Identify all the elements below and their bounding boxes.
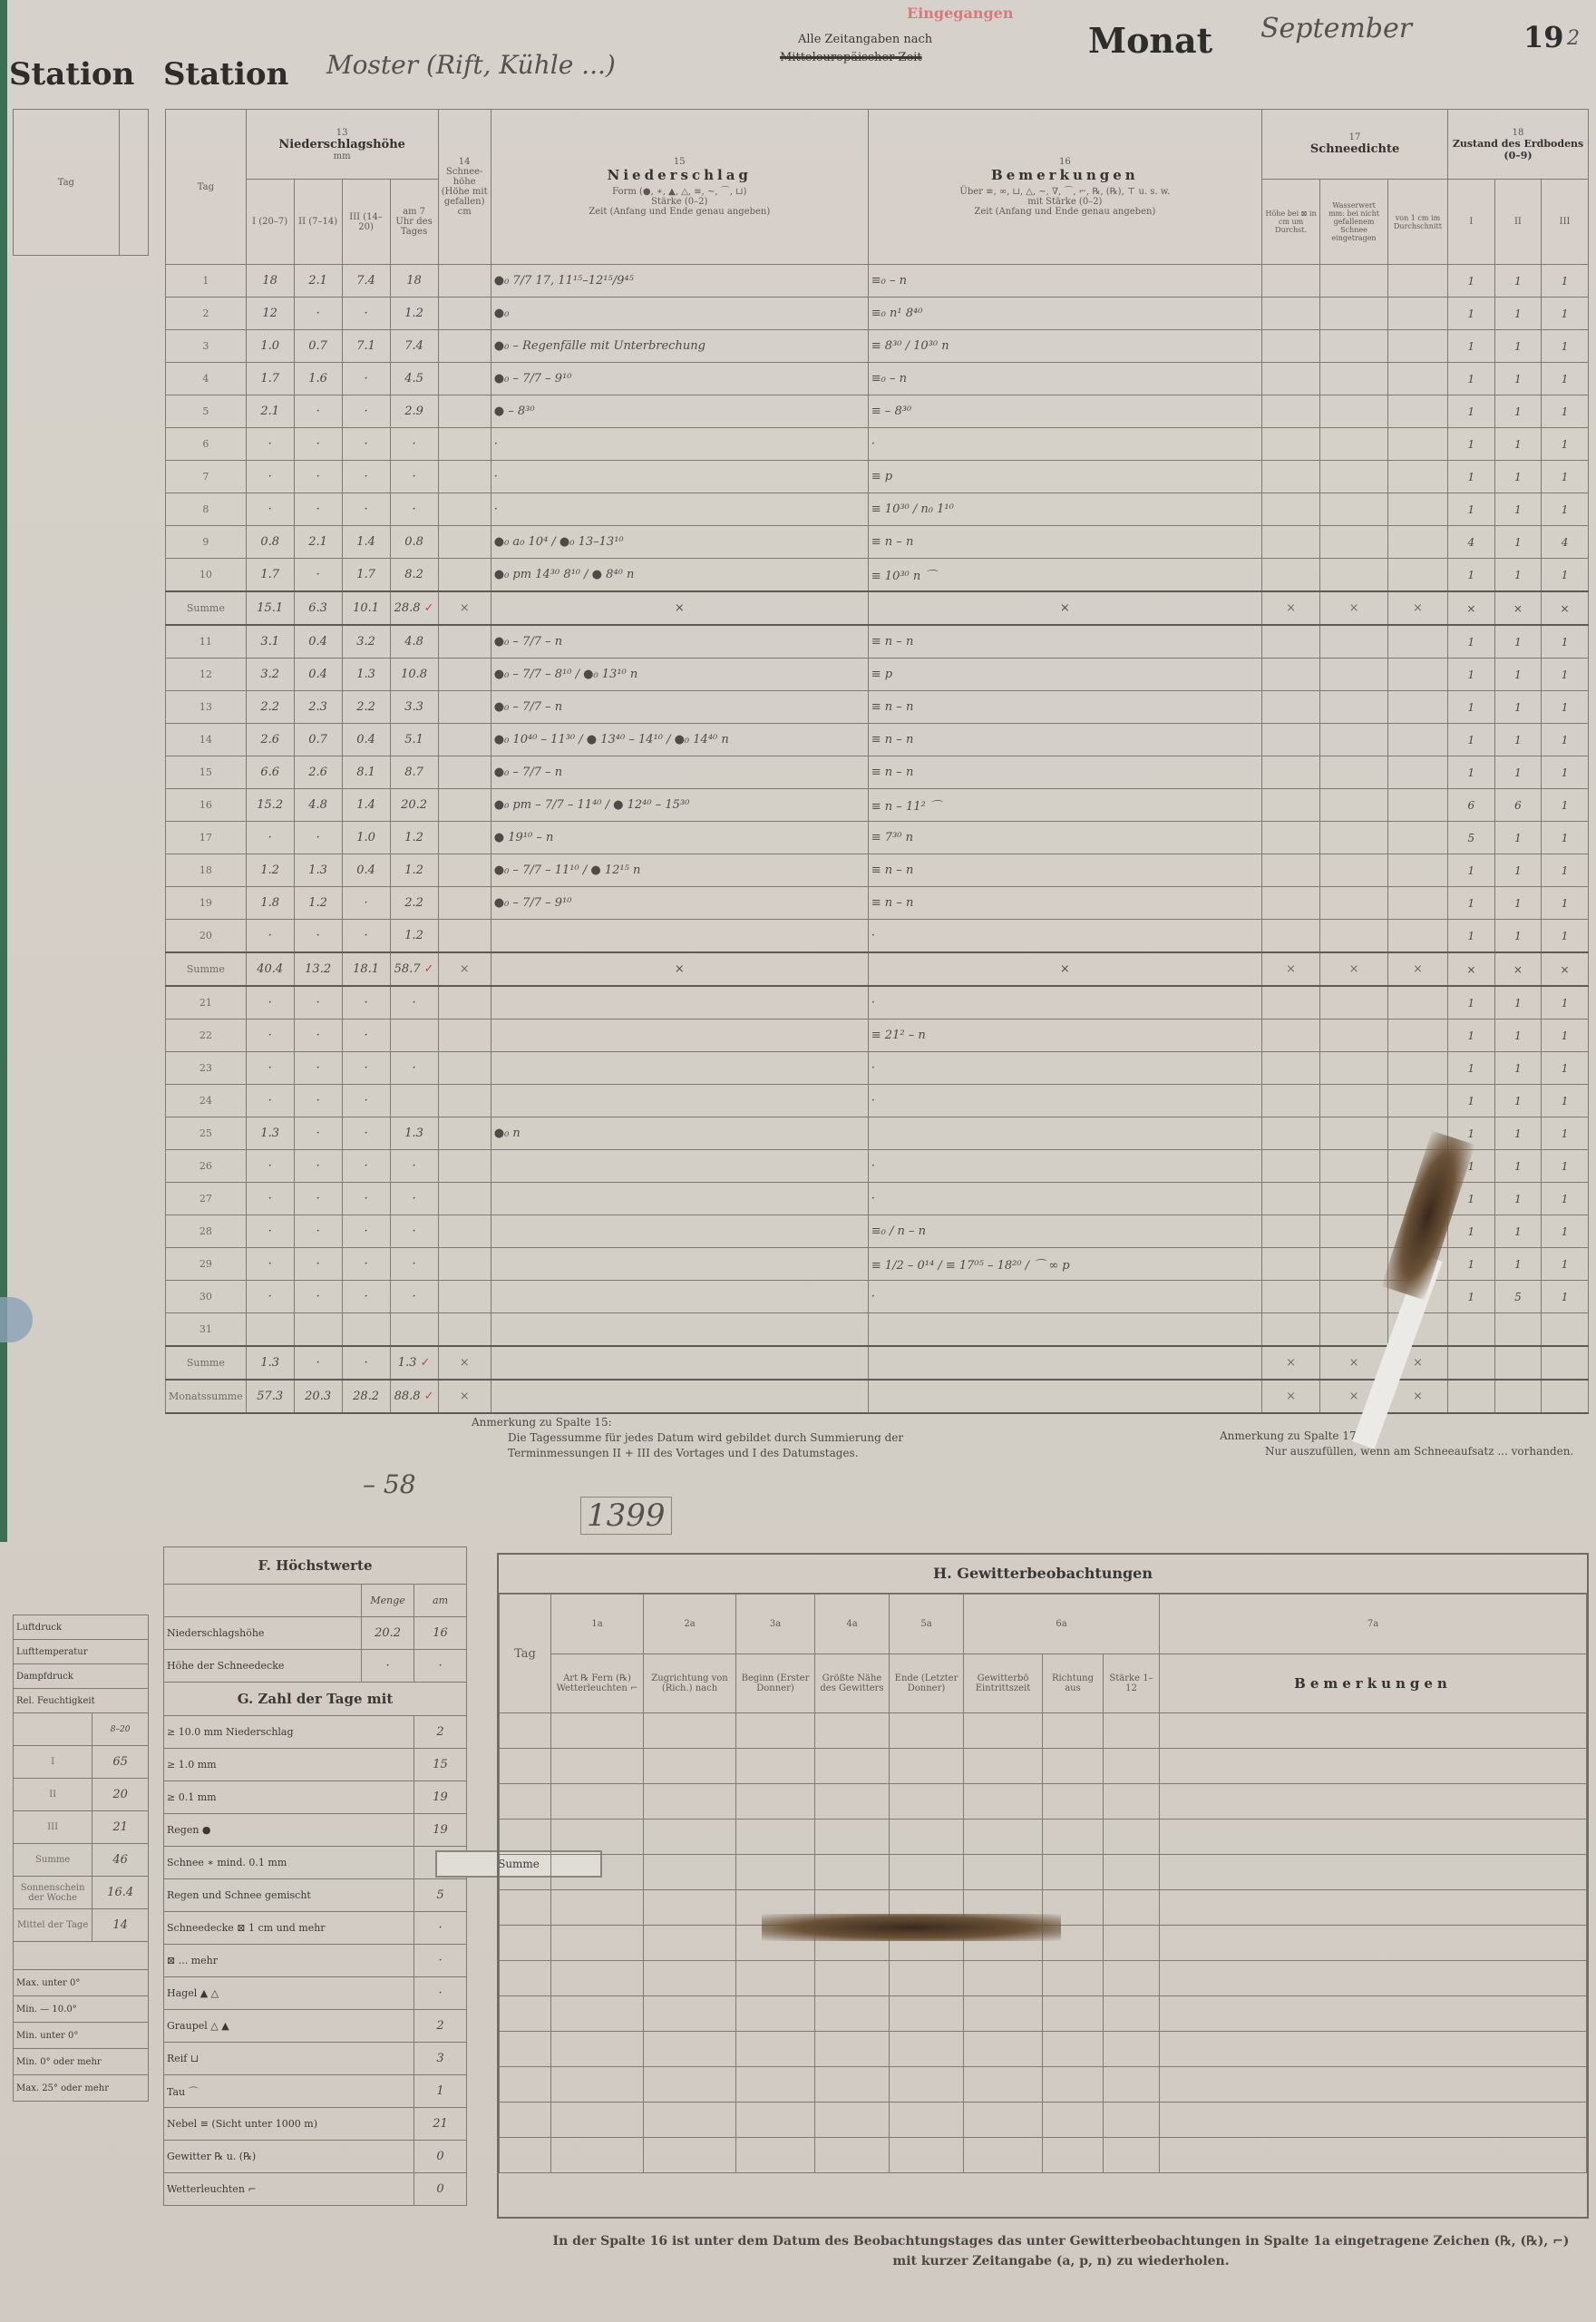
mini-row: I65 — [14, 1746, 149, 1779]
thunderstorm-cell — [500, 1961, 551, 1996]
snow-density-cell — [1320, 625, 1388, 659]
note17-text: Nur auszufüllen, wenn am Schneeaufsatz .… — [1220, 1444, 1591, 1459]
precip-amount-4: 1.2 — [390, 920, 438, 953]
ground-state-cell: 1 — [1494, 1183, 1542, 1215]
gw-col-4a: 4a — [815, 1595, 890, 1654]
thunderstorm-title: H. Gewitterbeobachtungen — [499, 1555, 1587, 1594]
snow-density-cell: × — [1387, 591, 1447, 625]
thunderstorm-cell — [736, 1749, 815, 1784]
snow-density-cell — [1320, 526, 1388, 559]
col13-sub-3: III (14–20) — [342, 180, 390, 265]
table-row: 1182.17.418●₀ 7/7 17, 11¹⁵–12¹⁵/9⁴⁵≡₀ – … — [166, 265, 1589, 298]
maxima-value: · — [362, 1650, 414, 1683]
thunderstorm-cell — [964, 2138, 1043, 2173]
snow-height-cell — [438, 265, 491, 298]
ground-state-cell: 1 — [1542, 1215, 1589, 1248]
thunderstorm-cell — [644, 1820, 736, 1855]
remarks-cell: ≡ p — [868, 461, 1261, 493]
ground-state-cell — [1542, 1380, 1589, 1413]
precip-amount-3: 8.1 — [342, 756, 390, 789]
precip-amount-1: 2.2 — [246, 691, 294, 724]
mini-row-value: 14 — [92, 1909, 149, 1942]
snow-density-cell — [1261, 1052, 1319, 1085]
snow-density-cell — [1261, 887, 1319, 920]
day-count-label: Schnee ∗ mind. 0.1 mm — [164, 1847, 414, 1879]
day-count-value: 5 — [414, 1879, 467, 1912]
remarks-cell: · — [868, 1150, 1261, 1183]
day-count-label: Wetterleuchten ⌐ — [164, 2173, 414, 2206]
note-column-15: Anmerkung zu Spalte 15: Die Tagessumme f… — [472, 1415, 907, 1461]
col17-title: Schneedichte — [1265, 142, 1445, 156]
mini-row-label: I — [14, 1746, 92, 1779]
mini-row-label: Sonnenschein der Woche — [14, 1877, 92, 1909]
day-count-value: · — [414, 1945, 467, 1977]
thunderstorm-cell — [964, 2032, 1043, 2067]
station-label: Station — [163, 56, 288, 93]
thunderstorm-cell — [890, 1749, 964, 1784]
struck-timezone: Mitteleuropäischer Zeit — [780, 51, 922, 64]
col13-sub-4: am 7 Uhr des Tages — [390, 180, 438, 265]
ground-state-cell: 1 — [1542, 1117, 1589, 1150]
snow-density-cell — [1261, 986, 1319, 1020]
snow-height-cell: × — [438, 591, 491, 625]
ground-state-cell: 1 — [1542, 822, 1589, 854]
precip-amount-4: · — [390, 428, 438, 461]
snow-density-cell — [1320, 1117, 1388, 1150]
precip-amount-3: 1.3 — [342, 659, 390, 691]
precip-amount-3: · — [342, 428, 390, 461]
mini-row-label: Summe — [14, 1844, 92, 1877]
maxima-label: Höhe der Schneedecke — [164, 1650, 362, 1683]
precip-amount-4: 2.2 — [390, 887, 438, 920]
thunderstorm-cell — [1160, 1820, 1587, 1855]
snow-density-cell — [1261, 265, 1319, 298]
am-col-label: am — [414, 1585, 467, 1617]
snow-density-cell — [1261, 789, 1319, 822]
remarks-cell: · — [868, 986, 1261, 1020]
precip-amount-1: 18 — [246, 265, 294, 298]
precip-amount-2: · — [294, 493, 342, 526]
precip-form-cell — [491, 1281, 868, 1313]
thunderstorm-cell — [815, 1784, 890, 1820]
thunderstorm-row — [500, 1784, 1587, 1820]
snow-density-cell — [1387, 756, 1447, 789]
left-strip-row: Lufttemperatur — [14, 1640, 149, 1664]
snow-height-cell — [438, 724, 491, 756]
precip-amount-3: · — [342, 1281, 390, 1313]
gw-col-3a: 3a — [736, 1595, 815, 1654]
precip-form-cell: × — [491, 591, 868, 625]
col15-line3: Zeit (Anfang und Ende genau angeben) — [494, 207, 865, 217]
thunderstorm-cell — [551, 1926, 644, 1961]
snow-density-cell — [1261, 1150, 1319, 1183]
precip-amount-1: 6.6 — [246, 756, 294, 789]
snow-density-cell — [1320, 1215, 1388, 1248]
thunderstorm-cell — [815, 1820, 890, 1855]
thunderstorm-cell — [1104, 1749, 1160, 1784]
ground-state-cell: 1 — [1448, 756, 1495, 789]
year-prefix: 19 — [1523, 20, 1564, 54]
footer-note: In der Spalte 16 ist unter dem Datum des… — [544, 2231, 1578, 2271]
thunderstorm-cell — [1160, 1961, 1587, 1996]
ground-state-cell: 1 — [1542, 428, 1589, 461]
precip-amount-3: 10.1 — [342, 591, 390, 625]
snow-density-cell — [1320, 1020, 1388, 1052]
precip-form-cell — [491, 986, 868, 1020]
day-cell: 11 — [166, 625, 247, 659]
day-count-label: Gewitter ℞ u. (℞) — [164, 2141, 414, 2173]
precip-amount-4: · — [390, 1052, 438, 1085]
day-count-row: Gewitter ℞ u. (℞) 0 — [164, 2141, 467, 2173]
thunderstorm-cell — [736, 2138, 815, 2173]
snow-density-cell — [1387, 691, 1447, 724]
snow-density-cell — [1261, 1248, 1319, 1281]
blue-stain — [0, 1297, 33, 1342]
table-row: 212··1.2●₀≡₀ n¹ 8⁴⁰111 — [166, 298, 1589, 330]
thunderstorm-cell — [890, 2102, 964, 2138]
day-count-label: Graupel △ ▲ — [164, 2010, 414, 2043]
precip-amount-1: 15.1 — [246, 591, 294, 625]
remarks-cell: ≡ n – n — [868, 625, 1261, 659]
snow-height-cell — [438, 1281, 491, 1313]
precip-amount-3: 1.0 — [342, 822, 390, 854]
snow-density-cell — [1320, 789, 1388, 822]
ground-state-cell: 1 — [1494, 887, 1542, 920]
ground-state-cell: 1 — [1448, 1281, 1495, 1313]
snow-density-cell — [1320, 986, 1388, 1020]
snow-density-cell — [1261, 756, 1319, 789]
precip-amount-2: 2.1 — [294, 526, 342, 559]
mini-row: Mittel der Tage14 — [14, 1909, 149, 1942]
ground-state-cell: 4 — [1448, 526, 1495, 559]
snow-density-cell — [1261, 526, 1319, 559]
precip-amount-2: 1.2 — [294, 887, 342, 920]
precip-amount-3: · — [342, 1346, 390, 1380]
snow-density-cell — [1320, 691, 1388, 724]
col18-sub-1: I — [1448, 180, 1495, 265]
precip-amount-3: 7.1 — [342, 330, 390, 363]
day-count-value: 21 — [414, 2108, 467, 2141]
ground-state-cell: 1 — [1494, 461, 1542, 493]
thunderstorm-cell — [964, 2067, 1043, 2102]
precip-form-cell: ●₀ – 7/7 – n — [491, 625, 868, 659]
precip-amount-4: 58.7 ✓ — [390, 952, 438, 986]
snow-density-cell — [1387, 1020, 1447, 1052]
thunderstorm-cell — [736, 1961, 815, 1996]
day-cell: 14 — [166, 724, 247, 756]
snow-density-cell — [1387, 330, 1447, 363]
precip-amount-4: · — [390, 1281, 438, 1313]
precip-amount-4: · — [390, 1183, 438, 1215]
ground-state-cell — [1494, 1313, 1542, 1347]
precip-amount-4: 0.8 — [390, 526, 438, 559]
snow-height-cell — [438, 625, 491, 659]
day-cell: 19 — [166, 887, 247, 920]
day-cell: 22 — [166, 1020, 247, 1052]
snow-density-cell — [1387, 920, 1447, 953]
gw-col-7a-num: 7a — [1163, 1619, 1583, 1629]
snow-height-cell — [438, 1117, 491, 1150]
snow-density-cell — [1320, 395, 1388, 428]
snow-density-cell — [1261, 659, 1319, 691]
ground-state-cell — [1448, 1313, 1495, 1347]
ground-state-cell: 1 — [1542, 1248, 1589, 1281]
snow-density-cell — [1320, 756, 1388, 789]
day-count-row: Tau ⌒ 1 — [164, 2075, 467, 2108]
ground-state-cell — [1494, 1346, 1542, 1380]
snow-density-cell — [1261, 395, 1319, 428]
snow-density-cell — [1387, 854, 1447, 887]
thunderstorm-cell — [1104, 1961, 1160, 1996]
snow-density-cell — [1261, 428, 1319, 461]
left-strip-lower: LuftdruckLufttemperaturDampfdruckRel. Fe… — [13, 1615, 149, 2102]
thunderstorm-cell — [890, 1996, 964, 2032]
ground-state-cell: 1 — [1448, 1215, 1495, 1248]
maxima-date: · — [414, 1650, 467, 1683]
snow-density-cell — [1387, 625, 1447, 659]
snow-density-cell — [1261, 625, 1319, 659]
thunderstorm-cell — [1160, 1784, 1587, 1820]
thunderstorm-cell — [1160, 1890, 1587, 1926]
precip-amount-1: · — [246, 1052, 294, 1085]
ground-state-cell: 1 — [1494, 1085, 1542, 1117]
snow-density-cell — [1261, 691, 1319, 724]
table-row: 22···≡ 21² – n111 — [166, 1020, 1589, 1052]
thunderstorm-cell — [644, 1890, 736, 1926]
thunderstorm-row — [500, 1961, 1587, 1996]
precip-form-cell: ● 19¹⁰ – n — [491, 822, 868, 854]
precip-amount-2: · — [294, 298, 342, 330]
snow-height-cell — [438, 659, 491, 691]
precip-amount-3: · — [342, 493, 390, 526]
precip-amount-4: 1.2 — [390, 822, 438, 854]
thunderstorm-cell — [736, 1820, 815, 1855]
thunderstorm-cell — [890, 1855, 964, 1890]
snow-height-cell — [438, 493, 491, 526]
thunderstorm-cell — [644, 1996, 736, 2032]
precip-amount-3: · — [342, 1117, 390, 1150]
precip-form-cell — [491, 1052, 868, 1085]
thunderstorm-row — [500, 1855, 1587, 1890]
day-cell: 13 — [166, 691, 247, 724]
precip-amount-4 — [390, 1020, 438, 1052]
thunderstorm-cell — [1160, 2102, 1587, 2138]
table-row: 101.7·1.78.2●₀ pm 14³⁰ 8¹⁰ / ● 8⁴⁰ n≡ 10… — [166, 559, 1589, 592]
ground-state-cell: 1 — [1494, 428, 1542, 461]
precip-amount-2: · — [294, 1085, 342, 1117]
precip-amount-2: 0.4 — [294, 625, 342, 659]
day-cell: 27 — [166, 1183, 247, 1215]
table-row: 26·····111 — [166, 1150, 1589, 1183]
col15-title: Niederschlag — [494, 167, 865, 183]
snow-density-cell — [1320, 1281, 1388, 1313]
ground-state-cell — [1542, 1346, 1589, 1380]
snow-density-cell: × — [1261, 591, 1319, 625]
table-row: 20···1.2·111 — [166, 920, 1589, 953]
precip-form-cell: ●₀ n — [491, 1117, 868, 1150]
thunderstorm-cell — [644, 1926, 736, 1961]
day-cell: 26 — [166, 1150, 247, 1183]
precip-amount-2: · — [294, 1117, 342, 1150]
snow-density-cell — [1261, 854, 1319, 887]
col18-number: 18 — [1451, 128, 1585, 138]
ground-state-cell: 1 — [1542, 854, 1589, 887]
ground-state-cell: 1 — [1448, 854, 1495, 887]
precip-amount-3: · — [342, 986, 390, 1020]
day-count-row: Regen und Schnee gemischt 5 — [164, 1879, 467, 1912]
mini-row: Summe46 — [14, 1844, 149, 1877]
thunderstorm-cell — [815, 1749, 890, 1784]
thunderstorm-cell — [736, 2032, 815, 2067]
precip-amount-3 — [342, 1313, 390, 1347]
thunderstorm-cell — [1043, 2032, 1104, 2067]
day-cell: 18 — [166, 854, 247, 887]
precip-amount-1: · — [246, 822, 294, 854]
precip-amount-4: 3.3 — [390, 691, 438, 724]
remarks-cell: · — [868, 1052, 1261, 1085]
precip-amount-2: · — [294, 1346, 342, 1380]
thunderstorm-cell — [500, 1926, 551, 1961]
ground-state-cell: 1 — [1542, 1085, 1589, 1117]
observation-rows: 1182.17.418●₀ 7/7 17, 11¹⁵–12¹⁵/9⁴⁵≡₀ – … — [166, 265, 1589, 1414]
gw-col-6a: 6a — [964, 1595, 1160, 1654]
ground-state-cell: 1 — [1448, 1020, 1495, 1052]
precip-amount-4: 18 — [390, 265, 438, 298]
col14-header: 14 Schnee-höhe (Höhe mit gefallen) cm — [438, 110, 491, 265]
day-cell: 28 — [166, 1215, 247, 1248]
col13-number: 13 — [249, 128, 435, 138]
remarks-cell: × — [868, 591, 1261, 625]
maxima-label: Niederschlagshöhe — [164, 1617, 362, 1650]
tage-title: G. Zahl der Tage mit — [164, 1683, 467, 1716]
thunderstorm-cell — [890, 1713, 964, 1749]
day-count-label: ≥ 1.0 mm — [164, 1749, 414, 1781]
snow-height-cell — [438, 461, 491, 493]
left-strip-header: Tag — [14, 110, 120, 256]
remarks-cell — [868, 1313, 1261, 1347]
remarks-cell: ≡ 21² – n — [868, 1020, 1261, 1052]
ground-state-cell: × — [1494, 952, 1542, 986]
table-row: 30·····151 — [166, 1281, 1589, 1313]
ground-state-cell: 1 — [1542, 298, 1589, 330]
remarks-cell: ≡ 10³⁰ / n₀ 1¹⁰ — [868, 493, 1261, 526]
note15-title: Anmerkung zu Spalte 15: — [472, 1415, 907, 1430]
precip-amount-2: 2.6 — [294, 756, 342, 789]
precip-amount-3: 1.7 — [342, 559, 390, 592]
precip-amount-3: 28.2 — [342, 1380, 390, 1413]
precip-amount-1: 12 — [246, 298, 294, 330]
ground-state-cell: 1 — [1494, 659, 1542, 691]
year-suffix: 2 — [1567, 27, 1580, 50]
snow-height-cell — [438, 298, 491, 330]
col16-number: 16 — [871, 157, 1259, 167]
snow-density-cell — [1261, 1313, 1319, 1347]
precip-amount-3: 0.4 — [342, 854, 390, 887]
ground-state-cell: 1 — [1448, 887, 1495, 920]
table-row: 24····111 — [166, 1085, 1589, 1117]
snow-density-cell: × — [1261, 952, 1319, 986]
precip-amount-2: 2.3 — [294, 691, 342, 724]
day-cell: 21 — [166, 986, 247, 1020]
thunderstorm-cell — [1160, 1855, 1587, 1890]
gw-col-4a-num: 4a — [818, 1619, 886, 1629]
precip-amount-2: · — [294, 1281, 342, 1313]
snow-density-cell — [1387, 822, 1447, 854]
ground-state-cell: 1 — [1542, 724, 1589, 756]
ground-state-cell: 1 — [1542, 756, 1589, 789]
precip-form-cell: ●₀ – 7/7 – n — [491, 691, 868, 724]
ground-state-cell: 1 — [1448, 395, 1495, 428]
left-strip-label: Dampfdruck — [14, 1664, 149, 1689]
table-row: 251.3··1.3●₀ n111 — [166, 1117, 1589, 1150]
precip-amount-3: · — [342, 461, 390, 493]
day-cell: 15 — [166, 756, 247, 789]
precip-amount-4 — [390, 1085, 438, 1117]
day-cell: 17 — [166, 822, 247, 854]
thunderstorm-cell — [1043, 1996, 1104, 2032]
col18-sub-3: III — [1542, 180, 1589, 265]
temp-row-label: Min. unter 0° — [14, 2023, 149, 2049]
remarks-cell: ≡ 7³⁰ n — [868, 822, 1261, 854]
check-mark-icon: ✓ — [416, 1356, 430, 1370]
precip-amount-2: · — [294, 822, 342, 854]
temp-row: Min. 0° oder mehr — [14, 2049, 149, 2075]
table-row: 28····≡₀ / n – n111 — [166, 1215, 1589, 1248]
ground-state-cell — [1542, 1313, 1589, 1347]
left-strip-row: Dampfdruck — [14, 1664, 149, 1689]
table-row: 6······111 — [166, 428, 1589, 461]
snow-density-cell — [1320, 1183, 1388, 1215]
remarks-cell — [868, 1346, 1261, 1380]
thunderstorm-section: H. Gewitterbeobachtungen Tag 1a 2a 3a 4a… — [497, 1553, 1589, 2219]
col16-header: 16 Bemerkungen Über ≡, ∞, ⊔, △, ∼, ∇, ⌒,… — [868, 110, 1261, 265]
precip-amount-1: · — [246, 493, 294, 526]
precip-amount-4: 8.7 — [390, 756, 438, 789]
table-row: 123.20.41.310.8●₀ – 7/7 – 8¹⁰ / ●₀ 13¹⁰ … — [166, 659, 1589, 691]
snow-height-cell — [438, 526, 491, 559]
ground-state-cell: 1 — [1494, 1020, 1542, 1052]
snow-density-cell — [1320, 363, 1388, 395]
ground-state-cell: 1 — [1494, 1248, 1542, 1281]
col16-title: Bemerkungen — [871, 167, 1259, 183]
precip-amount-4: · — [390, 1248, 438, 1281]
remarks-cell: ≡ 1/2 – 0¹⁴ / ≡ 17⁰⁵ – 18²⁰ / ⌒ ∞ p — [868, 1248, 1261, 1281]
ground-state-cell — [1448, 1380, 1495, 1413]
snow-density-cell — [1320, 1248, 1388, 1281]
precip-amount-2: · — [294, 1020, 342, 1052]
precip-amount-2: 20.3 — [294, 1380, 342, 1413]
remarks-cell: · — [868, 428, 1261, 461]
precip-amount-4: 1.2 — [390, 854, 438, 887]
snow-density-cell — [1387, 559, 1447, 592]
snow-density-cell — [1320, 559, 1388, 592]
ground-state-cell: × — [1542, 952, 1589, 986]
remarks-cell: · — [868, 1281, 1261, 1313]
day-count-row: Nebel ≡ (Sicht unter 1000 m) 21 — [164, 2108, 467, 2141]
station-name: Moster (Rift, Kühle ...) — [326, 50, 616, 80]
ground-state-cell: 1 — [1542, 363, 1589, 395]
thunderstorm-cell — [1104, 1820, 1160, 1855]
thunderstorm-cell — [964, 2102, 1043, 2138]
thunderstorm-cell — [1104, 1784, 1160, 1820]
day-count-row: Wetterleuchten ⌐ 0 — [164, 2173, 467, 2206]
thunderstorm-cell — [500, 1996, 551, 2032]
thunderstorm-cell — [1160, 1926, 1587, 1961]
thunderstorm-row — [500, 2138, 1587, 2173]
table-row: 7·····≡ p111 — [166, 461, 1589, 493]
col17-header: 17 Schneedichte — [1261, 110, 1447, 180]
snow-density-cell — [1261, 330, 1319, 363]
